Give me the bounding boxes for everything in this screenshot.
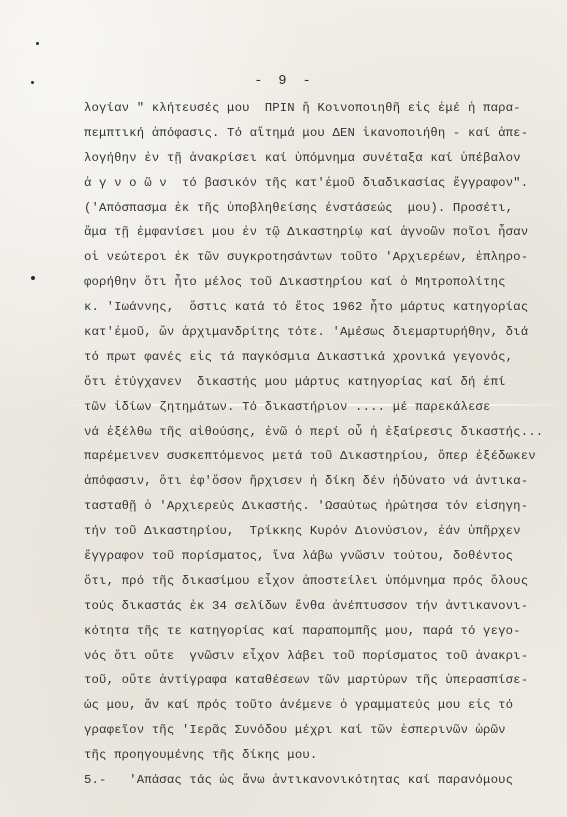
text-line: οἱ νεώτεροι ἐκ τῶν συγκροτησάντων τοῦτο … — [84, 245, 554, 270]
text-line: γραφεῖον τῆς 'Ιερᾶς Συνόδου μέχρι καί τῶ… — [84, 718, 554, 743]
text-line: παρέμεινεν συσκεπτόμενος μετά τοῦ Δικαστ… — [84, 444, 554, 469]
typewritten-body: λογίαν " κλήτευσές μου ΠΡΙΝ ἤ Κοινοποιηθ… — [84, 96, 554, 793]
text-line: λογήθην ἐν τῇ ἀνακρίσει καί ὑπόμνημα συν… — [84, 146, 554, 171]
document-page: - 9 - λογίαν " κλήτευσές μου ΠΡΙΝ ἤ Κοιν… — [0, 0, 567, 817]
text-line: νός ὅτι οὔτε γνῶσιν εἶχον λάβει τοῦ πορί… — [84, 644, 554, 669]
ink-speck — [36, 42, 39, 45]
text-line: κατ'ἐμοῦ, ὤν ἀρχιμανδρίτης τότε. 'Αμέσως… — [84, 320, 554, 345]
text-line: τῶν ἰδίων ζητημάτων. Τό δικαστήριον ....… — [84, 395, 554, 420]
text-line: κότητα τῆς τε κατηγορίας καί παραπομπῆς … — [84, 619, 554, 644]
text-line: ὅτι, πρό τῆς δικασίμου εἶχον ἀποστείλει … — [84, 569, 554, 594]
text-line: ὅτι ἐτύγχανεν δικαστής μου μάρτυς κατηγο… — [84, 370, 554, 395]
text-line: τοῦ, οὔτε ἀντίγραφα καταθέσεων τῶν μαρτύ… — [84, 668, 554, 693]
text-line: νά ἐξέλθω τῆς αἰθούσης, ἐνῶ ὁ περί οὗ ἡ … — [84, 420, 554, 445]
page-number: - 9 - — [0, 74, 567, 89]
text-line: ἀπόφασιν, ὅτι ἐφ'ὅσον ἤρχισεν ἡ δίκη δέν… — [84, 469, 554, 494]
text-line: τό πρωτ φανές εἰς τά παγκόσμια Δικαστικά… — [84, 345, 554, 370]
text-line: ('Απόσπασμα ἐκ τῆς ὑποβληθείσης ἐνστάσεώ… — [84, 196, 554, 221]
ink-speck — [31, 276, 35, 280]
text-line: τῆς προηγουμένης τῆς δίκης μου. — [84, 743, 554, 768]
text-line: τασταθῇ ὁ 'Αρχιερεύς Δικαστής. 'Ωσαύτως … — [84, 494, 554, 519]
text-line: πεμπτική ἀπόφασις. Τό αἴτημά μου ΔΕΝ ἱκα… — [84, 121, 554, 146]
section-5-line: 5.- 'Απάσας τάς ὡς ἄνω ἀντικανονικότητας… — [84, 768, 554, 793]
text-line: ἀ γ ν ο ῶ ν τό βασικόν τῆς κατ'ἐμοῦ διαδ… — [84, 171, 554, 196]
text-line: ἔγγραφον τοῦ πορίσματος, ἵνα λάβω γνῶσιν… — [84, 544, 554, 569]
text-line: λογίαν " κλήτευσές μου ΠΡΙΝ ἤ Κοινοποιηθ… — [84, 96, 554, 121]
text-line: ἅμα τῇ ἐμφανίσει μου ἐν τῷ Δικαστηρίῳ κα… — [84, 220, 554, 245]
text-line: ώς μου, ἄν καί πρός τοῦτο ἀνέμενε ὁ γραμ… — [84, 693, 554, 718]
text-line: κ. 'Ιωάννης, ὅστις κατά τό ἔτος 1962 ἦτο… — [84, 295, 554, 320]
text-line: τήν τοῦ Δικαστηρίου, Τρίκκης Κυρόν Διονύ… — [84, 519, 554, 544]
text-line: φορήθην ὅτι ἦτο μέλος τοῦ Δικαστηρίου κα… — [84, 270, 554, 295]
text-line: τούς δικαστάς ἐκ 34 σελίδων ἔνθα ἀνέπτυσ… — [84, 594, 554, 619]
